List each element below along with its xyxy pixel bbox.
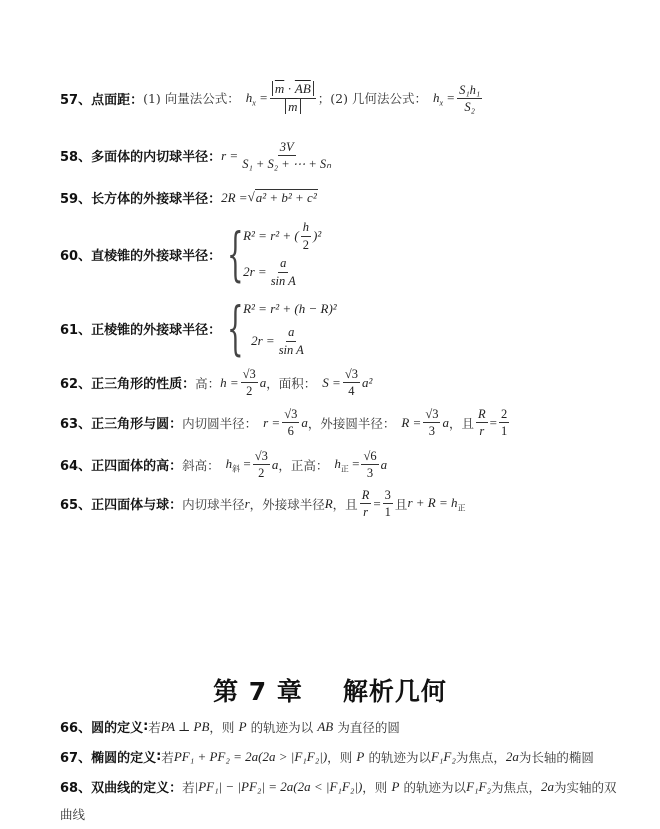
- text: 为焦点，: [491, 778, 541, 796]
- definition-68-wrap: 曲线: [60, 805, 85, 823]
- separator: ，: [266, 374, 279, 392]
- definition-67-ellipse: 67、椭圆的定义: 若 PF₁ + PF₂ = 2a(2a > |F₁F₂|) …: [60, 747, 594, 766]
- equation-system: { R² = r² + (h − R)² 2r = asin A: [227, 296, 337, 360]
- text: 的轨迹为以: [368, 748, 431, 766]
- method-label: (1) 向量法公式：: [143, 89, 240, 107]
- separator: ，: [333, 495, 346, 513]
- math-var: P: [356, 749, 364, 765]
- text: 为焦点，: [456, 748, 506, 766]
- definition-66-circle: 66、圆的定义: 若 PA ⊥ PB ， 则 P 的轨迹为以 AB 为直径的圆: [60, 717, 400, 736]
- formula-65-tetrahedron-sphere: 65、正四面体与球： 内切球半径 r ， 外接球半径 R ， 且 Rr = 31…: [60, 488, 465, 520]
- math-var: F₁F₂: [431, 749, 456, 765]
- ratio-fraction: Rr: [476, 407, 488, 439]
- formula-label: 62、正三角形的性质：: [60, 373, 195, 392]
- math-var: F₁F₂: [466, 779, 491, 795]
- formula-label: 57、点面距：: [60, 89, 143, 108]
- separator: ，: [250, 495, 263, 513]
- text: 的轨迹为以: [404, 778, 467, 796]
- fraction: √63: [361, 449, 378, 481]
- formula-label: 58、多面体的内切球半径：: [60, 146, 221, 165]
- conjunction: 且: [345, 495, 358, 513]
- formula-57-point-plane-distance: 57、点面距： (1) 向量法公式： hx = m · AB m ； (2) 几…: [60, 82, 484, 115]
- geometric-fraction: S₁h₁ S₂: [457, 83, 482, 115]
- true-height-label: 正高：: [291, 456, 329, 474]
- conjunction: 且: [461, 414, 474, 432]
- definition-label: 66、圆的定义: [60, 717, 143, 736]
- text: 则: [340, 748, 353, 766]
- math-var: AB: [317, 719, 333, 735]
- separator: ，: [209, 718, 222, 736]
- left-brace-icon: {: [227, 296, 233, 360]
- math-lhs: r =: [221, 148, 238, 164]
- formula-59-cuboid-circumradius: 59、长方体的外接球半径： 2R = √a² + b² + c²: [60, 188, 318, 207]
- fraction: √33: [423, 407, 440, 439]
- math-lhs: R =: [401, 415, 421, 431]
- text: 若: [161, 748, 174, 766]
- circumradius-label: 外接圆半径：: [320, 414, 395, 432]
- equation-system: { R² = r² + ( h2 )² 2r = asin A: [227, 218, 321, 290]
- text: 为实轴的双: [554, 778, 617, 796]
- circumradius-text: 外接球半径: [262, 495, 325, 513]
- ratio-fraction: Rr: [360, 488, 372, 520]
- method-label: (2) 几何法公式：: [330, 89, 427, 107]
- condition: PF₁ + PF₂ = 2a(2a > |F₁F₂|): [174, 749, 327, 765]
- formula-label: 63、正三角形与圆：: [60, 413, 182, 432]
- separator: ，: [308, 414, 321, 432]
- formula-63-equilateral-triangle-circle: 63、正三角形与圆： 内切圆半径： r = √36 a ， 外接圆半径： R =…: [60, 407, 511, 439]
- text: 则: [222, 718, 235, 736]
- sum-equation: r + R = h正: [407, 495, 465, 514]
- slant-height-label: 斜高：: [182, 456, 220, 474]
- vector-fraction: m · AB m: [270, 82, 316, 115]
- separator: ，: [449, 414, 462, 432]
- ratio-value: 21: [499, 407, 509, 439]
- left-brace-icon: {: [227, 218, 233, 290]
- fraction: √32: [253, 449, 270, 481]
- formula-60-right-pyramid-circumradius: 60、直棱锥的外接球半径： { R² = r² + ( h2 )² 2r = a…: [60, 218, 321, 290]
- math-var: 2a: [506, 749, 519, 765]
- formula-58-polyhedron-inradius: 58、多面体的内切球半径： r = 3V S₁ + S₂ + ⋯ + Sₙ: [60, 140, 335, 172]
- text: 曲线: [60, 805, 85, 823]
- text: 若: [182, 778, 195, 796]
- math-tail: a: [381, 457, 388, 473]
- fraction: √36: [282, 407, 299, 439]
- conjunction: 且: [395, 495, 408, 513]
- formula-61-regular-pyramid-circumradius: 61、正棱锥的外接球半径： { R² = r² + (h − R)² 2r = …: [60, 296, 337, 360]
- equals-sign: =: [373, 496, 380, 512]
- math-lhs: r =: [263, 415, 280, 431]
- math-tail: a²: [362, 375, 372, 391]
- definition-68-hyperbola: 68、双曲线的定义： 若 |PF₁| − |PF₂| = 2a(2a < |F₁…: [60, 777, 617, 796]
- definition-label: 68、双曲线的定义: [60, 777, 169, 796]
- text: 的轨迹为以: [251, 718, 314, 736]
- math-var: 2a: [541, 779, 554, 795]
- equals-sign: =: [490, 415, 497, 431]
- text: 为直径的圆: [337, 718, 400, 736]
- fraction: √32: [241, 367, 258, 399]
- math-lhs: S =: [322, 375, 341, 391]
- separator: ；: [318, 89, 331, 107]
- text: 若: [148, 718, 161, 736]
- separator: ，: [278, 456, 291, 474]
- area-label: 面积：: [279, 374, 317, 392]
- chapter-title: 解析几何: [343, 677, 447, 706]
- math-lhs: h =: [220, 375, 239, 391]
- condition: PA ⊥ PB: [161, 719, 210, 735]
- formula-62-equilateral-triangle: 62、正三角形的性质： 高： h = √32 a ， 面积： S = √34 a…: [60, 367, 372, 399]
- chapter-number: 第 7 章: [213, 677, 303, 706]
- formula-label: 65、正四面体与球：: [60, 494, 182, 513]
- math-var: P: [391, 779, 399, 795]
- fraction: √34: [343, 367, 360, 399]
- inradius-text: 内切球半径: [182, 495, 245, 513]
- text: 则: [375, 778, 388, 796]
- inradius-label: 内切圆半径：: [182, 414, 257, 432]
- square-root: √a² + b² + c²: [248, 189, 318, 206]
- ratio-value: 31: [383, 488, 393, 520]
- text: 为长轴的椭圆: [519, 748, 594, 766]
- math-lhs: hx =: [433, 90, 455, 108]
- colon: ：: [169, 777, 182, 796]
- chapter-heading: 第 7 章解析几何: [0, 672, 660, 708]
- math-lhs: 2R =: [221, 190, 247, 206]
- separator: ，: [327, 748, 340, 766]
- condition: |PF₁| − |PF₂| = 2a(2a < |F₁F₂|): [195, 779, 363, 795]
- formula-label: 59、长方体的外接球半径：: [60, 188, 221, 207]
- math-lhs: h正 =: [334, 456, 359, 475]
- separator: ，: [362, 778, 375, 796]
- height-label: 高：: [195, 374, 220, 392]
- math-lhs: h斜 =: [226, 456, 251, 475]
- math-lhs: hx =: [246, 90, 268, 108]
- formula-64-tetrahedron-height: 64、正四面体的高： 斜高： h斜 = √32 a ， 正高： h正 = √63…: [60, 449, 387, 481]
- math-var: P: [239, 719, 247, 735]
- definition-label: 67、椭圆的定义: [60, 747, 156, 766]
- fraction: 3V S₁ + S₂ + ⋯ + Sₙ: [240, 140, 333, 172]
- formula-label: 61、正棱锥的外接球半径：: [60, 319, 221, 338]
- math-var: R: [325, 496, 333, 512]
- formula-label: 60、直棱锥的外接球半径：: [60, 245, 221, 264]
- formula-label: 64、正四面体的高：: [60, 455, 182, 474]
